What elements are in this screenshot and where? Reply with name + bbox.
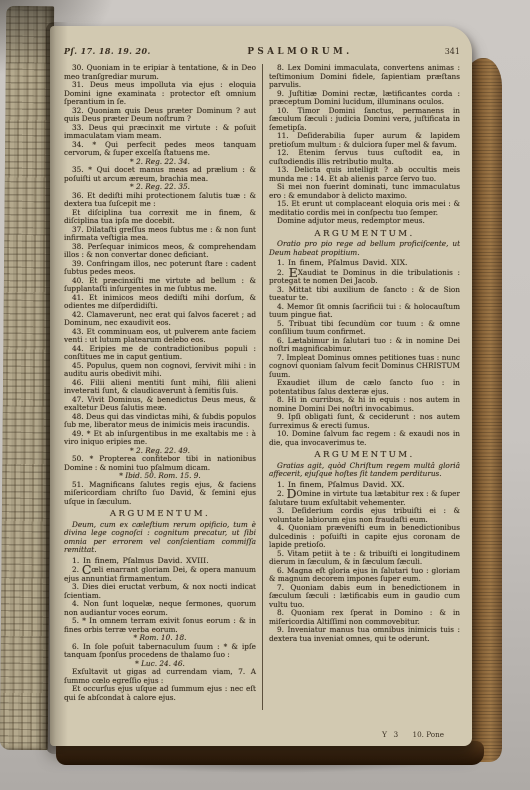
verse-line: 31. Deus meus impolluta via ejus : eloqu…	[64, 81, 256, 107]
verse-line: 5. Vitam petiit à te : & tribuiſti ei lo…	[269, 550, 460, 567]
verse-line: 33. Deus qui præcinxit me virtute : & po…	[64, 124, 256, 141]
verse-line: 2. DOmine in virtute tua lætabitur rex :…	[269, 490, 460, 507]
verse-line: 7. Quoniam dabis eum in benedictionem in…	[269, 584, 460, 610]
verse-line: 39. Confringam illos, nec poterunt ſtare…	[64, 260, 256, 277]
catchword: 10. Pone	[413, 730, 444, 739]
verse-line: 13. Delicta quis intelligit ? ab occulti…	[269, 166, 460, 183]
verse-line: 40. Et præcinxiſti me virtute ad bellum …	[64, 277, 256, 294]
facing-page-edges	[0, 6, 54, 750]
verse-line: 6. Lætabimur in ſalutari tuo : & in nomi…	[269, 337, 460, 354]
verse-line: Et diſciplina tua correxit me in finem, …	[64, 209, 256, 226]
psalm-title: 1. In finem, Pſalmus David. XVIII.	[64, 557, 256, 566]
psalm-title: 1. In finem, Pſalmus David. XX.	[269, 481, 460, 490]
verse-line: 35. * Qui docet manus meas ad prælium : …	[64, 166, 256, 183]
argumentum-text: Oratio pro pio rege ad bellum proficiſce…	[269, 240, 460, 257]
verse-line: 9. Juſtitiæ Domini rectæ, lætificantes c…	[269, 90, 460, 107]
drop-cap-initial: E	[289, 265, 298, 280]
verse-line: 4. Non ſunt loquelæ, neque ſermones, quo…	[64, 600, 256, 617]
verse-line: 38. Perſequar inimicos meos, & comprehen…	[64, 243, 256, 260]
verse-line: Domine adjutor meus, redemptor meus.	[269, 217, 460, 226]
verse-line: 8. Lex Domini immaculata, convertens ani…	[269, 64, 460, 90]
verse-line: 41. Et inimicos meos dediſti mihi dorſum…	[64, 294, 256, 311]
verse-line: 4. Quoniam præveniſti eum in benediction…	[269, 524, 460, 550]
page-content: Pſ. 17. 18. 19. 20. PSALMORUM. 341 30. Q…	[64, 46, 460, 730]
verse-line: 50. * Propterea confitebor tibi in natio…	[64, 455, 256, 472]
psalm-range-reference: Pſ. 17. 18. 19. 20.	[64, 46, 182, 56]
verse-line: Exaudiet illum de cælo ſancto ſuo : in p…	[269, 379, 460, 396]
verse-line: 42. Clamaverunt, nec erat qui ſalvos fac…	[64, 311, 256, 328]
verse-line: 8. Quoniam rex ſperat in Domino : & in m…	[269, 609, 460, 626]
argumentum-text: Gratias agit, quòd Chriſtum regem multâ …	[269, 462, 460, 479]
argumentum-heading: ARGUMENTUM.	[64, 510, 256, 519]
drop-cap-initial: C	[82, 562, 92, 577]
verse-line: 7. Impleat Dominus omnes petitiones tuas…	[269, 354, 460, 380]
verse-line: 3. Dies diei eructat verbum, & nox nocti…	[64, 583, 256, 600]
verse-line: 43. Et comminuam eos, ut pulverem ante f…	[64, 328, 256, 345]
text-columns: 30. Quoniam in te eripiar à tentatione, …	[64, 64, 460, 710]
verse-line: 2. Cœli enarrant gloriam Dei, & opera ma…	[64, 566, 256, 583]
verse-line: 48. Deus qui das vindictas mihi, & ſubdi…	[64, 413, 256, 430]
verse-line: 11. Deſiderabilia ſuper aurum & lapidem …	[269, 132, 460, 149]
argumentum-text: Deum, cum ex cæleſtium rerum opificio, t…	[64, 521, 256, 555]
verse-line: 15. Et erunt ut complaceant eloquia oris…	[269, 200, 460, 217]
book-page: Pſ. 17. 18. 19. 20. PSALMORUM. 341 30. Q…	[50, 26, 472, 746]
verse-line: 9. Inveniatur manus tua omnibus inimicis…	[269, 626, 460, 643]
verse-line: 4. Memor ſit omnis ſacrificii tui : & ho…	[269, 303, 460, 320]
verse-line: 32. Quoniam quis Deus præter Dominum ? a…	[64, 107, 256, 124]
verse-line: Si mei non fuerint dominati, tunc immacu…	[269, 183, 460, 200]
running-header: Pſ. 17. 18. 19. 20. PSALMORUM. 341	[64, 46, 460, 57]
verse-line: 12. Etenim ſervus tuus cuſtodit ea, in c…	[269, 149, 460, 166]
verse-line: 44. Eripies me de contradictionibus popu…	[64, 345, 256, 362]
argumentum-heading: ARGUMENTUM.	[269, 451, 460, 460]
argumentum-heading: ARGUMENTUM.	[269, 230, 460, 239]
verse-line: 6. In ſole poſuit tabernaculum ſuum : * …	[64, 643, 256, 660]
verse-line: 2. EXaudiat te Dominus in die tribulatio…	[269, 269, 460, 286]
verse-line: 5. * In omnem terram exivit ſonus eorum …	[64, 617, 256, 634]
verse-line: 5. Tribuat tibi ſecundùm cor tuum : & om…	[269, 320, 460, 337]
page-title: PSALMORUM.	[182, 47, 418, 57]
book-photo: Pſ. 17. 18. 19. 20. PSALMORUM. 341 30. Q…	[0, 0, 530, 790]
verse-line: 9. Ipſi obligati ſunt, & ceciderunt : no…	[269, 413, 460, 430]
verse-line: 8. Hi in curribus, & hi in equis : nos a…	[269, 396, 460, 413]
verse-line: 49. * Et ab inſurgentibus in me exaltabi…	[64, 430, 256, 447]
right-text-column: 8. Lex Domini immaculata, convertens ani…	[262, 64, 460, 710]
verse-line: 51. Magnificans ſalutes regis ejus, & fa…	[64, 481, 256, 507]
verse-line: 10. Domine ſalvum fac regem : & exaudi n…	[269, 430, 460, 447]
left-text-column: 30. Quoniam in te eripiar à tentatione, …	[64, 64, 262, 710]
verse-line: 47. Vivit Dominus, & benedictus Deus meu…	[64, 396, 256, 413]
verse-line: 6. Magna eſt gloria ejus in ſalutari tuo…	[269, 567, 460, 584]
verse-line: 34. * Qui perfecit pedes meos tanquam ce…	[64, 141, 256, 158]
verse-line: 46. Filii alieni mentiti ſunt mihi, fili…	[64, 379, 256, 396]
page-number: 341	[418, 47, 460, 56]
verse-line: Exſultavit ut gigas ad currendam viam, 7…	[64, 668, 256, 685]
gathering-signature: Y 3	[382, 730, 400, 739]
verse-line: 10. Timor Domini ſanctus, permanens in ſ…	[269, 107, 460, 133]
verse-line: 3. Mittat tibi auxilium de ſancto : & de…	[269, 286, 460, 303]
verse-line: 37. Dilataſti greſſus meos ſubtus me : &…	[64, 226, 256, 243]
verse-line: 36. Et dediſti mihi protectionem ſalutis…	[64, 192, 256, 209]
verse-line: 45. Populus, quem non cognovi, ſervivit …	[64, 362, 256, 379]
verse-line: 30. Quoniam in te eripiar à tentatione, …	[64, 64, 256, 81]
verse-line: Et occurſus ejus uſque ad ſummum ejus : …	[64, 685, 256, 702]
verse-line: 3. Deſiderium cordis ejus tribuiſti ei :…	[269, 507, 460, 524]
drop-cap-initial: D	[286, 486, 296, 501]
